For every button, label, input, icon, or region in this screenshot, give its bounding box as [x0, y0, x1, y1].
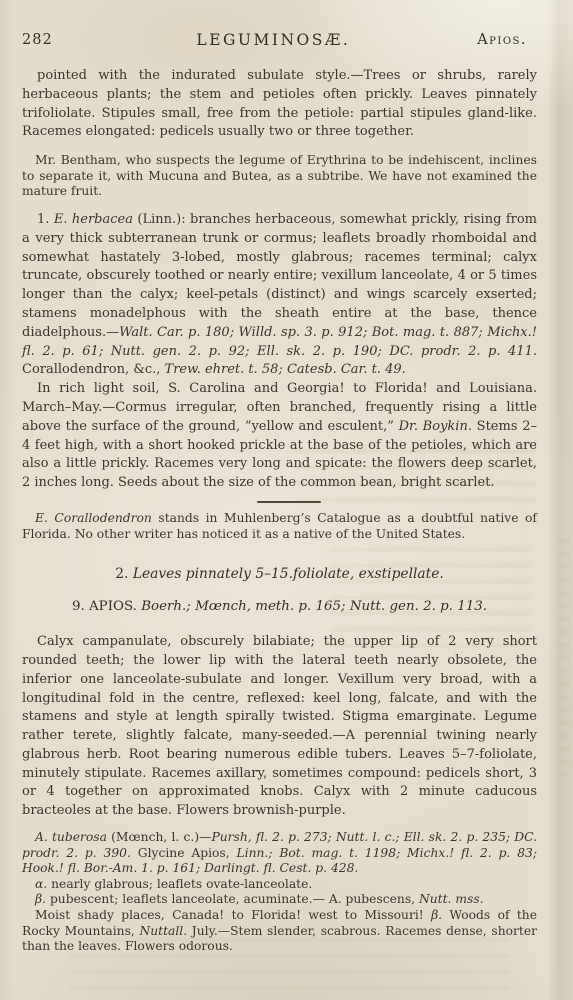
variety-alpha-line: α. nearly glabrous; leaflets ovate-lance… [22, 877, 537, 893]
section-heading: 2. Leaves pinnately 5–15.foliolate, exst… [22, 565, 537, 583]
running-head-title: LEGUMINOSÆ. [196, 31, 350, 50]
habitat-herbacea-paragraph: In rich light soil, S. Carolina and Geor… [22, 380, 537, 493]
corallodendron-note-paragraph: E. Corallodendron stands in Muhlenberg’s… [22, 511, 537, 542]
bentham-note-paragraph: Mr. Bentham, who suspects the legume of … [22, 153, 537, 200]
species-herbacea-paragraph: 1. E. herbacea (Linn.): branches herbace… [22, 211, 537, 380]
habitat-tuberosa-paragraph: Moist shady places, Canada! to Florida! … [22, 908, 537, 955]
genus-heading-apios: 9. APIOS. Boerh.; Mœnch, meth. p. 165; N… [22, 598, 537, 616]
intro-paragraph: pointed with the indurated subulate styl… [22, 67, 537, 142]
show-through-texture [557, 540, 570, 775]
running-head: 282 LEGUMINOSÆ. Apios. [22, 31, 537, 50]
running-head-genus: Apios. [477, 31, 527, 50]
variety-beta-line: β. pubescent; leaflets lanceolate, acumi… [22, 892, 537, 908]
genus-description-paragraph: Calyx campanulate, obscurely bilabiate; … [22, 633, 537, 821]
species-tuberosa-paragraph: A. tuberosa (Mœnch, l. c.)—Pursh, fl. 2.… [22, 830, 537, 877]
section-divider-rule [257, 501, 321, 503]
page-number: 282 [22, 31, 53, 50]
scanned-book-page: 282 LEGUMINOSÆ. Apios. pointed with the … [0, 0, 573, 1000]
